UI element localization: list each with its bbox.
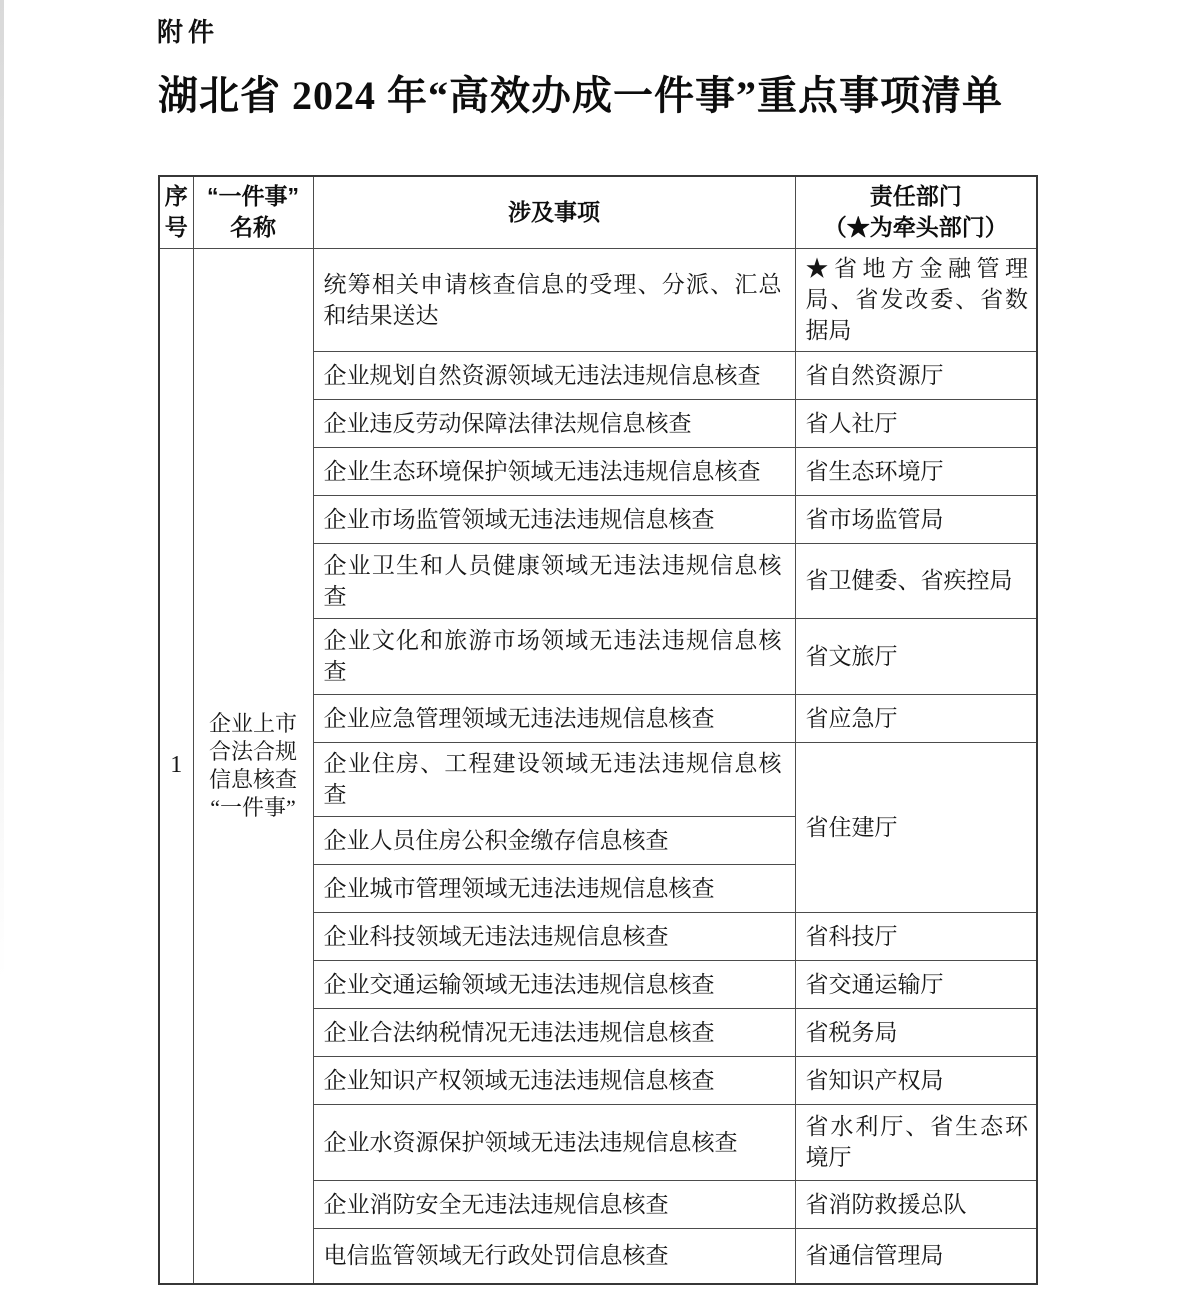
department-cell: 省卫健委、省疾控局 [795, 543, 1037, 618]
item-cell: 企业规划自然资源领域无违法违规信息核查 [313, 351, 795, 399]
department-cell: 省科技厅 [795, 912, 1037, 960]
item-cell: 企业城市管理领域无违法违规信息核查 [313, 864, 795, 912]
group-name-line: “一件事” [194, 794, 313, 822]
attachment-label: 附件 [157, 12, 219, 49]
col-header-department: 责任部门 （★为牵头部门） [795, 176, 1037, 248]
item-cell: 企业违反劳动保障法律法规信息核查 [313, 399, 795, 447]
group-name: 企业上市 合法合规 信息核查 “一件事” [193, 248, 313, 1284]
department-cell: 省文旅厅 [795, 618, 1037, 694]
scan-edge-shadow [0, 0, 4, 1307]
matters-table: 序号 “一件事” 名称 涉及事项 责任部门 （★为牵头部门） 1 企业上市 合法… [158, 175, 1038, 1285]
table-row: 1 企业上市 合法合规 信息核查 “一件事” 统筹相关申请核查信息的受理、分派、… [159, 248, 1037, 351]
item-cell: 企业水资源保护领域无违法违规信息核查 [313, 1104, 795, 1180]
item-cell: 电信监管领域无行政处罚信息核查 [313, 1228, 795, 1284]
group-name-line: 信息核查 [194, 766, 313, 794]
department-cell: 省市场监管局 [795, 495, 1037, 543]
item-cell: 企业合法纳税情况无违法违规信息核查 [313, 1008, 795, 1056]
item-cell: 统筹相关申请核查信息的受理、分派、汇总和结果送达 [313, 248, 795, 351]
department-cell: 省水利厅、省生态环境厅 [795, 1104, 1037, 1180]
item-cell: 企业人员住房公积金缴存信息核查 [313, 816, 795, 864]
item-cell: 企业消防安全无违法违规信息核查 [313, 1180, 795, 1228]
item-cell: 企业卫生和人员健康领域无违法违规信息核查 [313, 543, 795, 618]
col-header-department-line2: （★为牵头部门） [796, 212, 1037, 243]
col-header-index: 序号 [159, 176, 193, 248]
col-header-name-line1: “一件事” [194, 181, 313, 212]
group-name-line: 企业上市 [194, 710, 313, 738]
item-cell: 企业市场监管领域无违法违规信息核查 [313, 495, 795, 543]
department-cell: 省应急厅 [795, 694, 1037, 742]
document-page: 附件 湖北省 2024 年“高效办成一件事”重点事项清单 序号 “一件事” 名称… [0, 0, 1196, 1307]
department-cell: 省消防救援总队 [795, 1180, 1037, 1228]
item-cell: 企业住房、工程建设领域无违法违规信息核查 [313, 742, 795, 816]
page-title: 湖北省 2024 年“高效办成一件事”重点事项清单 [158, 64, 1003, 121]
col-header-name-line2: 名称 [194, 212, 313, 243]
col-header-items: 涉及事项 [313, 176, 795, 248]
department-cell: 省税务局 [795, 1008, 1037, 1056]
group-name-line: 合法合规 [194, 738, 313, 766]
department-cell: 省通信管理局 [795, 1228, 1037, 1284]
item-cell: 企业科技领域无违法违规信息核查 [313, 912, 795, 960]
col-header-name: “一件事” 名称 [193, 176, 313, 248]
department-cell: 省生态环境厅 [795, 447, 1037, 495]
department-cell: 省自然资源厅 [795, 351, 1037, 399]
item-cell: 企业知识产权领域无违法违规信息核查 [313, 1056, 795, 1104]
item-cell: 企业生态环境保护领域无违法违规信息核查 [313, 447, 795, 495]
table-header-row: 序号 “一件事” 名称 涉及事项 责任部门 （★为牵头部门） [159, 176, 1037, 248]
department-cell: 省交通运输厅 [795, 960, 1037, 1008]
item-cell: 企业文化和旅游市场领域无违法违规信息核查 [313, 618, 795, 694]
department-cell: 省人社厅 [795, 399, 1037, 447]
department-cell-merged: 省住建厅 [795, 742, 1037, 912]
item-cell: 企业应急管理领域无违法违规信息核查 [313, 694, 795, 742]
group-index: 1 [159, 248, 193, 1284]
department-cell: 省知识产权局 [795, 1056, 1037, 1104]
col-header-department-line1: 责任部门 [796, 181, 1037, 212]
department-cell: ★省地方金融管理局、省发改委、省数据局 [795, 248, 1037, 351]
item-cell: 企业交通运输领域无违法违规信息核查 [313, 960, 795, 1008]
